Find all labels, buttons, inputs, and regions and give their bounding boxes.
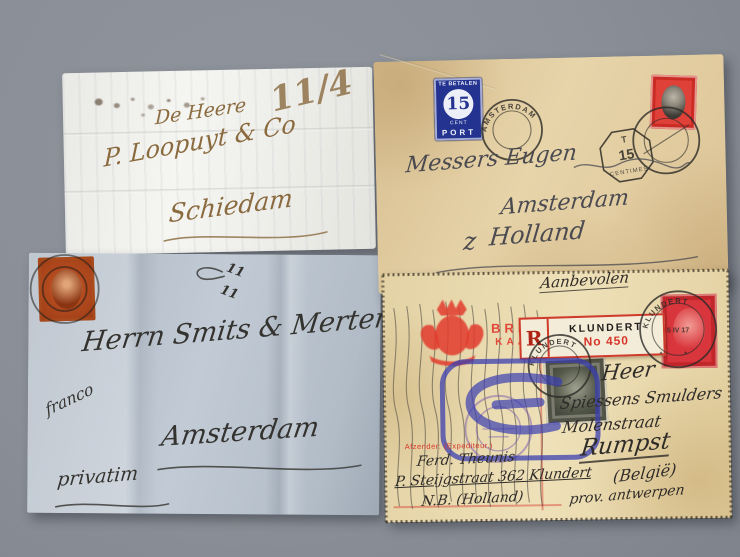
address-line: Amsterdam bbox=[159, 412, 321, 453]
stamp-value: 15 bbox=[443, 89, 474, 120]
underline-flourish bbox=[53, 497, 173, 514]
address-line: Holland bbox=[488, 216, 586, 251]
address-line: prov. antwerpen bbox=[568, 482, 685, 508]
perforation-edge bbox=[386, 516, 732, 524]
handwriting-squiggle bbox=[572, 155, 692, 176]
cover-smits-mertens: 11 11 Herrn Smits & Mertens Amsterdam fr… bbox=[27, 253, 381, 515]
franco-cancel-arcs bbox=[28, 251, 119, 332]
lettercard-klundert-registered: Aanbevolen BRIEF KAART R KLUNDERT No 450… bbox=[382, 270, 731, 523]
address-line: Messers Eugen bbox=[405, 140, 578, 178]
privatim-note: privatim bbox=[56, 462, 139, 491]
svg-text:T: T bbox=[620, 134, 628, 145]
address-line: Amsterdam bbox=[499, 185, 630, 220]
sender-printed-label: Afzender: (Expediteur.) bbox=[405, 441, 493, 451]
svg-text:5 IV 17: 5 IV 17 bbox=[667, 327, 689, 334]
underline-flourish bbox=[155, 458, 365, 479]
underline-flourish bbox=[161, 226, 331, 250]
stamp-text: CENT bbox=[435, 120, 483, 127]
stamp-text: PORT bbox=[435, 128, 483, 138]
address-line: Herrn Smits & Mertens bbox=[80, 301, 408, 358]
ditto-mark: 11 bbox=[218, 283, 240, 303]
envelope-amsterdam: TE BETALEN 15 CENT PORT AMSTERDAM T 15 C… bbox=[373, 54, 728, 294]
address-line: (België) bbox=[612, 460, 677, 487]
red-arms-handstamp bbox=[409, 295, 496, 366]
address-line: Heer bbox=[600, 357, 656, 386]
svg-text:KLUNDERT: KLUNDERT bbox=[640, 296, 690, 330]
folded-letter-schiedam: 11/4 De Heere P. Loopuyt & Co Schiedam bbox=[62, 67, 376, 255]
perforation-edge bbox=[726, 270, 732, 518]
stamp-text: TE BETALEN bbox=[434, 81, 482, 88]
photo-of-four-postal-covers: 11/4 De Heere P. Loopuyt & Co Schiedam T… bbox=[0, 0, 740, 557]
svg-text:* *: * * bbox=[660, 351, 698, 359]
franco-note: franco bbox=[43, 379, 95, 420]
address-prefix: z bbox=[462, 227, 477, 257]
